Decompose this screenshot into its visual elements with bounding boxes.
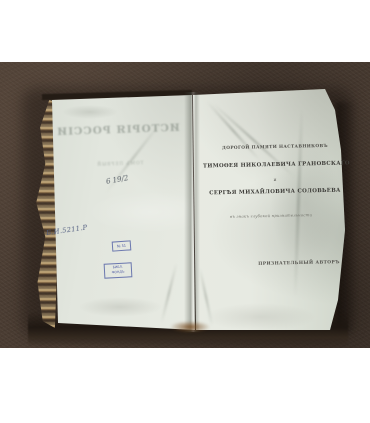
gutter-bottom-stain: [170, 321, 210, 333]
book-gutter-shadow: [184, 92, 200, 332]
library-stamp-large-line2: ФОНДЪ: [105, 269, 131, 275]
library-stamp-small: № 51: [112, 240, 132, 251]
library-stamp-large: БИБЛ. ФОНДЪ: [104, 262, 133, 278]
book-photograph: ИСТОРІЯ РОССІИ ТОМЪ ПЕРВЫЙ 6 19/2 Б.И.52…: [0, 62, 370, 348]
